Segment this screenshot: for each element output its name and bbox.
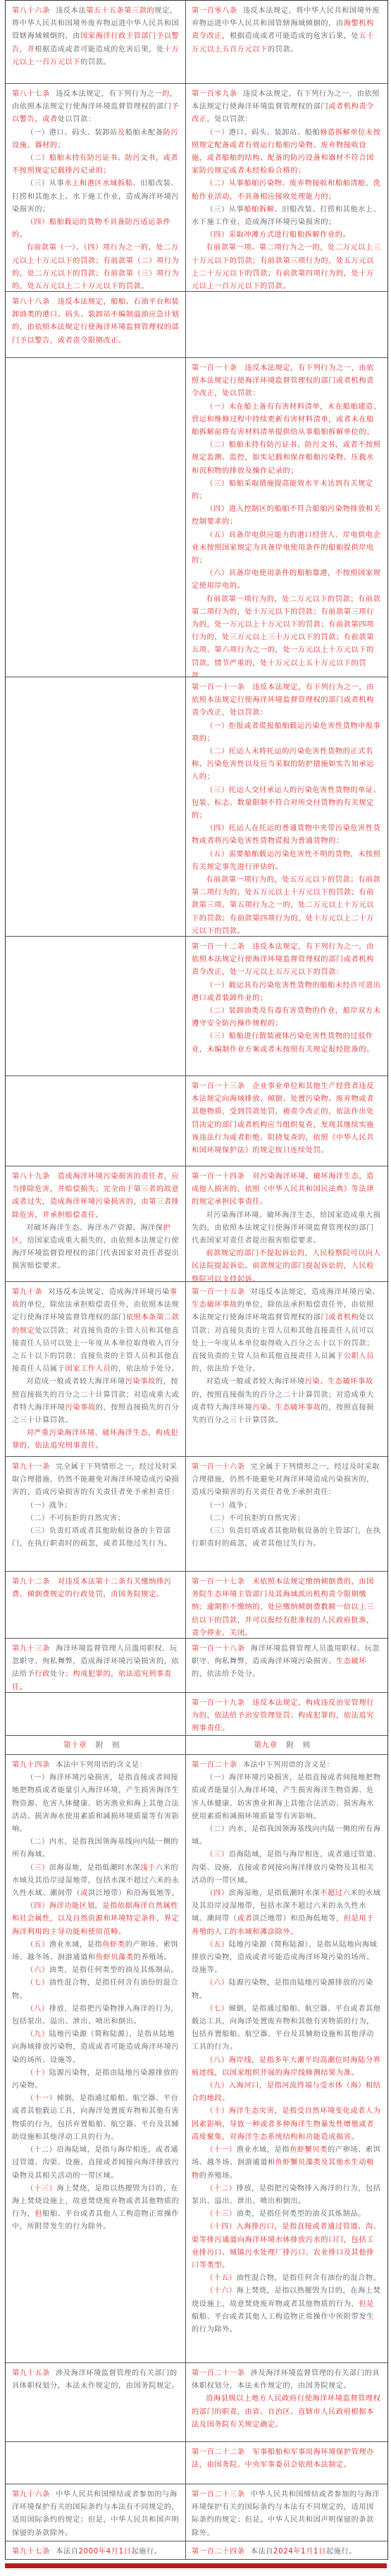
unchanged-text: 滨海湿地，是指低潮时水深 (49, 1864, 140, 1872)
chapter-number: 第十章 (63, 1741, 87, 1749)
unchanged-text: 违反本法规定，有下列行为之一 (56, 90, 162, 98)
clause-paragraph: 第九十三条海洋环境监督管理人员滥用职权、玩忽职守、徇私舞弊，造成海洋环境污染损害… (12, 1643, 180, 1692)
clause-paragraph: （一）港口、码头、装卸站及船舶未配备防污设施、器材的； (12, 127, 180, 152)
unchanged-text: （二）不可抗拒的自然灾害； (26, 1515, 125, 1522)
article-number: 第一百二十三条 (192, 2491, 245, 2498)
clause-paragraph: （四）托运人在托运的普通货物中夹带污染危害性货物或者将污染危害性货物谎报为普通货… (192, 822, 381, 848)
amended-text: （三）托运人交付承运人的污染危害性货物的单证、包装、标志、数量限制不符合对所交付… (192, 787, 381, 820)
cell-new-text: 第一百二十四条本法自2024年1月1日起施行。 (186, 2541, 387, 2559)
article-number: 第九十一条 (12, 1463, 50, 1471)
table-row: 第九十一条完全属于下列情形之一，经过及时采取合理措施，仍然不能避免对海洋环境造成… (6, 1457, 387, 1572)
chapter-header-row: 第十章附则 第九章附则 (6, 1736, 387, 1755)
clause-paragraph: 对造成一般或者较大海洋环境污染事故的，按照直接损失的百分之二十计算罚款；对造成重… (12, 1376, 180, 1427)
clause-paragraph: （三）滨海湿地，是指低潮时水深浅于六米的水域及其沿岸浸湿地带，包括水深不超过六米… (12, 1862, 180, 1901)
unchanged-text: 本法中下列用语的含义是： (243, 1761, 334, 1769)
amended-text: （十一） (26, 2095, 56, 2102)
cell-new-text: 第一百二十三条中华人民共和国缔结或者参加的与海洋环境保护有关的国际条约与本法有不… (186, 2484, 387, 2541)
clause-paragraph: （三）船舶采取措施提高能效水平未达到有关规定的； (192, 478, 381, 503)
clause-paragraph: （六）油类，是指任何类型的油及其炼制品。 (12, 1964, 180, 1977)
amended-text: 鱼虾贝藻类 (96, 1954, 134, 1961)
cell-old-text: 第九十四条本法中下列用语的含义是：（一）海洋环境污染损害，是指直接或者间接地把物… (6, 1755, 186, 2362)
cell-old-text: 第八十七条违反本法规定，有下列行为之一的，由依照本法规定行使海洋环境监督管理权的… (6, 84, 186, 291)
unchanged-text: ，处以罚款： (207, 116, 253, 123)
amended-text: （一）载运具有污染危害性货物的船舶未经许可进出港口或者装卸作业的； (192, 982, 381, 1002)
amended-text: 有前款第一项行为的，处五万元以下的罚款；有前款第二项行为的，处五万元以上十万元以… (192, 876, 381, 935)
cell-old-text: 第九十一条完全属于下列情形之一，经过及时采取合理措施，仍然不能避免对海洋环境造成… (6, 1457, 186, 1571)
clause-paragraph: （六）具备岸电使用条件的船舶靠港，不按照国家规定使用岸电的。 (192, 567, 381, 593)
amended-text: （十一） (206, 2146, 236, 2154)
cell-old-text (6, 937, 186, 1076)
amended-text: 第一百一十七条 未依照本法规定缴纳倾倒费的，由国务院生态环境主管部门及其海域派出… (192, 1578, 374, 1637)
clause-paragraph: （八）海岸线，是指多年大潮平均高潮位时海陆分界痕迹线，以国家组织开展的海岸线修测… (192, 2054, 381, 2080)
amended-text: （十五） (206, 2274, 236, 2282)
clause-paragraph: （五）陆地污染源（简称陆源），是指从陆地向海域排放污染物，造成或者可能造成海洋环… (192, 1939, 381, 1978)
clause-paragraph: （二）内水，是指我国领海基线向内陆一侧的所有海域。 (192, 1823, 381, 1849)
clause-paragraph: 第九十条对违反本法规定，造成海洋环境污染事故的单位，除依法承担赔偿责任外，由依照… (12, 1286, 180, 1376)
cell-new-text: 第一百零八条违反本法规定，将中华人民共和国境外废弃物运进中华人民共和国管辖海域倾… (186, 1, 387, 83)
amended-text: 第九十二条 对违反本法第十二条有关缴纳排污费、倾倒费规定的行政处罚，由国务院规定… (12, 1578, 172, 1598)
clause-paragraph: （十）海洋生态灾害，是指受自然环境变化或者人为因素影响，导致一种或者多种海洋生物… (192, 2105, 381, 2144)
unchanged-text: 洪泛地带）和沿海低地等 (252, 1915, 336, 1923)
clause-paragraph: （十六）海上焚烧，是指以热摧毁为目的，在海上焚烧设施上，故意焚烧废弃物或者其他物… (192, 2285, 381, 2336)
article-number: 第一百一十六条 (192, 1463, 245, 1471)
clause-paragraph: （四）船舶载运的货物不具备防污适运条件的。 (12, 216, 180, 242)
unchanged-text: （十二）沿海陆域，是指与海岸相连，或者通过管道、沟渠、设施，直接或者间接向海洋排… (12, 2146, 179, 2179)
unchanged-text: （三）负责灯塔或者其他助航设备的主管部门，在执行职责时的疏忽，或者其他过失行为。 (12, 1527, 172, 1548)
amended-text: （四）海洋功能区划，是指依据海洋自然属性和社会属性，以及自然资源和环境特定条件，… (12, 1902, 179, 1935)
unchanged-text: （三）从事 (26, 180, 64, 187)
amended-text: 第一百一十九条 违反本法规定，构成违反治安管理行为的，依法给予治安管理处罚；构成… (192, 1699, 374, 1732)
cell-old-text: 第九十六条中华人民共和国缔结或者参加的与海洋环境保护有关的国际条约与本法有不同规… (6, 2484, 186, 2541)
unchanged-text: 对破坏海洋生态、海洋水产资源、海洋保 (26, 1224, 163, 1232)
amended-text: （十四）入海排污口，是指直接或者通过管道、沟、渠等排污通道向海洋环境水体排放污水… (192, 2223, 381, 2269)
clause-paragraph: （三）负责灯塔或者其他助航设备的主管部门，在执行职责时的疏忽，或者其他过失行为。 (12, 1525, 180, 1551)
table-body-penalties: 第八十六条违反本法第五十五条第三款的规定，将中华人民共和国境外废弃物运进中华人民… (6, 1, 387, 1736)
amended-text: 行政 (35, 1670, 50, 1678)
article-number: 第一百一十五条 (192, 1288, 245, 1296)
amended-text: 生态破坏事故 (192, 1301, 237, 1309)
cell-old-text: 第九十五条涉及海洋环境监督管理的有关部门的具体职权划分，本法未作规定的，由国务院… (6, 2363, 186, 2441)
clause-paragraph: （五）具备岸电供应能力的港口经营人、岸电供电企业未按照国家规定为具备岸电使用条件… (192, 529, 381, 568)
unchanged-text: 处分 (50, 1670, 66, 1678)
amended-text: 门或者机构 (321, 1314, 359, 1321)
clause-paragraph: （四）采取冲滩方式进行船舶拆解作业的。 (192, 229, 381, 242)
amended-text: （一）未在船上备有有害材料清单，未在船舶建造、营运和维修过程中持续更新有害材料清… (192, 403, 381, 436)
clause-paragraph: 对严重污染海洋环境、破坏海洋生态，构成犯罪的，依法追究刑事责任。 (12, 1427, 180, 1453)
clause-paragraph: 对破坏海洋生态、海洋水产资源、海洋保护区，给国家造成重大损失的，由依照本法规定行… (12, 1222, 180, 1274)
clause-paragraph: 对造成一般或者较大海洋环境污染、生态破坏事故的，按照直接损失的百分之二十计算罚款… (192, 1376, 381, 1427)
clause-paragraph: （二）内水，是指我国领海基线向内陆一侧的所有海域。 (12, 1836, 180, 1861)
unchanged-text: 的罚款。 (80, 58, 111, 66)
amended-text: 污染、生态破坏事故 (305, 1378, 373, 1386)
amended-text: （二）装卸油类及有毒有害货物的作业，船岸双方未遵守安全防污操作规程的； (192, 1007, 381, 1028)
amended-text: 或 (80, 1890, 88, 1897)
clause-paragraph: （二）从事船舶污染物、废弃物接收和船舶清舱、洗舱作业活动，不具备相应接收处理能力… (192, 178, 381, 203)
amended-text: （二）托运人未将托运的污染危害性货物的正式名称、污染危害性以及应当采取的防护措施… (192, 748, 374, 781)
amended-text: （四）船舶载运的货物不具备防污适运条件的。 (12, 218, 170, 239)
table-row: 第一百一十二条 违反本法规定，有下列行为之一，由依照本法规定行使海洋环境监督管理… (6, 937, 387, 1076)
unchanged-text: （三）负责灯塔或者其他助航设备的主管部门，在执行职责时的疏忽，或者其他过失行为。 (192, 1527, 381, 1548)
cell-new-text: 第一百一十条 违反本法规定，有下列行为之一，由依照本法规定行使海洋环境监督管理权… (186, 358, 387, 677)
clause-paragraph: 第九十六条中华人民共和国缔结或者参加的与海洋环境保护有关的国际条约与本法有不同规… (12, 2489, 180, 2540)
article-number: 第九十三条 (12, 1645, 50, 1653)
amended-text: 有前款第一项、第二项行为之一的，处二万元以上三十万元以下的罚款；有前款第三项行为… (192, 244, 381, 290)
clause-paragraph: 沿海县级以上地方人民政府行使海洋环境监督管理权的部门的职责，由省、自治区、直辖市… (192, 2393, 381, 2432)
amended-text: 第五十五条第三款的 (86, 7, 154, 15)
cell-new-text: 第一百一十四条 对污染海洋环境、破坏海洋生态，造成他人损害的，依照《中华人民共和… (186, 1166, 387, 1281)
table-row: 第八十七条违反本法规定，有下列行为之一的，由依照本法规定行使海洋环境监督管理权的… (6, 84, 387, 292)
unchanged-text: ，根据造成或者可能造成的危害后果，处 (222, 32, 359, 40)
table-row: 第一百一十一条 违反本法规定，有下列行为之一，由依照本法规定行使海洋环境监督管理… (6, 677, 387, 937)
clause-paragraph: （五）渔业水域，是指鱼虾类的产卵场、索饵场、越冬场、洄游通道和鱼虾贝藻类的养殖场… (12, 1939, 180, 1964)
amended-text: 船舶拆解 (244, 206, 274, 214)
clause-paragraph: 第一百一十三条 企业事业单位和其他生产经营者违反本法规定向海域排放、倾倒、处置污… (192, 1080, 381, 1157)
table-row: 第九十六条中华人民共和国缔结或者参加的与海洋环境保护有关的国际条约与本法有不同规… (6, 2484, 387, 2541)
cell-new-text (186, 292, 387, 357)
cell-new-text: 第一百二十二条 军事船舶和军事用海环境保护管理办法，由国务院、中央军事委员会依照… (186, 2442, 387, 2484)
clause-paragraph: 第一百二十三条中华人民共和国缔结或者参加的与海洋环境保护有关的国际条约与本法有不… (192, 2489, 381, 2540)
chapter-heading-new: 第九章附则 (186, 1736, 387, 1754)
amended-text: （十六） (206, 2287, 236, 2295)
unchanged-text: （一）港口、码头、装卸站 (26, 129, 117, 137)
unchanged-text: 渔业水域，是指 (49, 1941, 103, 1949)
amended-text: 污染事故 (66, 1404, 96, 1412)
table-row: 第九十五条涉及海洋环境监督管理的有关部门的具体职权划分，本法未作规定的，由国务院… (6, 2363, 387, 2442)
unchanged-text: 油性混合物，是指任何含有油份的混合物。 (237, 2274, 381, 2282)
unchanged-text: （二）内水，是指我国领海基线向内陆一侧的所有海域。 (12, 1838, 178, 1859)
unchanged-text: （一）海洋环境污染损害，是指直接或者间接地把物质或者能量引入海洋环境，产生损害海… (192, 1774, 381, 1820)
clause-paragraph: 第一百一十四条 对污染海洋环境、破坏海洋生态，造成他人损害的，依照《中华人民共和… (192, 1171, 381, 1209)
cell-old-text: 第九十二条 对违反本法第十二条有关缴纳排污费、倾倒费规定的行政处罚，由国务院规定… (6, 1572, 186, 1638)
clause-paragraph: （七）油性混合物，是指任何含有油份的混合物。 (12, 1977, 180, 2002)
clause-paragraph: （十三）油类，是指任何类型的油及其炼制品。 (192, 2208, 381, 2221)
unchanged-text: 起施行。 (326, 2548, 356, 2556)
unchanged-text: 对造成一般或者较大海洋环境 (206, 1378, 304, 1386)
unchanged-text: 的养殖场。 (199, 2172, 237, 2180)
clause-paragraph: （二）船舶未持有防污证书、防污文书，或者不按照规定记载排污记录的； (12, 152, 180, 178)
amended-text: （六）具备岸电使用条件的船舶靠港，不按照国家规定使用岸电的。 (192, 569, 381, 590)
clause-paragraph: 第一百二十四条本法自2024年1月1日起施行。 (192, 2546, 381, 2558)
amended-text: （五）需要船舶载运污染危害性不明的货物，未按照有关规定事先进行评估的。 (192, 851, 381, 871)
amended-text: 2000年4月1日 (78, 2548, 131, 2556)
amended-text: （三） (26, 1864, 49, 1872)
unchanged-text: 船舶、平台或者其他人工构造物正常操作中所附带发生的行为除外。 (192, 2313, 374, 2334)
amended-text: （三）船舶进行散装液体污染危害性货物的过驳作业，未编制作业方案或者未按照有关规定… (192, 1033, 374, 1053)
unchanged-text: 所附带发生的行为除外。 (27, 2223, 111, 2231)
amended-text: （九） (26, 2030, 49, 2038)
amended-text: 有前款第一项行为的，处二万元以下的罚款；有前款第二项行为的，处十万元以下的罚款；… (192, 596, 381, 677)
cell-new-text: 第一百一十八条海洋环境监督管理人员滥用职权、玩忽职守、徇私舞弊，造成海洋环境污染… (186, 1639, 387, 1692)
clause-paragraph: 第一百一十条 违反本法规定，有下列行为之一，由依照本法规定行使海洋环境监督管理权… (192, 362, 381, 401)
unchanged-text: 的罚款。 (268, 46, 298, 54)
amended-text: （三）船舶采取措施提高能效水平未达到有关规定的； (192, 480, 373, 500)
clause-paragraph: 第八十六条违反本法第五十五条第三款的规定，将中华人民共和国境外废弃物运进中华人民… (12, 5, 180, 69)
law-comparison-table: 第八十六条违反本法第五十五条第三款的规定，将中华人民共和国境外废弃物运进中华人民… (5, 0, 388, 2560)
article-number: 第一百零八条 (192, 7, 237, 15)
article-number: 第八十七条 (12, 90, 50, 98)
clause-paragraph: （十）陆源污染物，是指由陆地污染源排放的污染物。 (12, 2067, 180, 2093)
amended-text: （九）入海河口，是指河流终端与受水体（海）相结合的地段。 (192, 2082, 381, 2102)
amended-text: （五） (206, 1941, 228, 1949)
amended-text: 污染事故 (125, 1378, 156, 1386)
article-number: 第一百二十四条 (192, 2548, 245, 2556)
clause-paragraph: （一）战争； (192, 1500, 381, 1512)
clause-paragraph: 第八十七条违反本法规定，有下列行为之一的，由依照本法规定行使海洋环境监督管理权的… (12, 88, 180, 127)
clause-paragraph: 第九十一条完全属于下列情形之一，经过及时采取合理措施，仍然不能避免对海洋环境造成… (12, 1461, 180, 1500)
cell-old-text: 第九十条对违反本法规定，造成海洋环境污染事故的单位，除依法承担赔偿责任外，由依照… (6, 1282, 186, 1456)
clause-paragraph: 第八十八条 违反本法规定，船舶、石油平台和装卸油类的港口、码头、装卸站不编制溢油… (12, 296, 180, 347)
clause-paragraph: （六）陆源污染物，是指由陆地污染源排放的污染物。 (192, 1977, 381, 2002)
amended-text: （四）进入控制区的船舶不符合船舶污染物排放相关控制要求的； (192, 505, 381, 526)
unchanged-text: 油类，是指任何类型的油及其炼制品。 (237, 2210, 366, 2218)
clause-paragraph: （四）进入控制区的船舶不符合船舶污染物排放相关控制要求的； (192, 503, 381, 529)
clause-paragraph: （四）滨海湿地，是指低潮时水深不超过六米的水域及其沿岸浸湿地带，包括水深不超过六… (192, 1887, 381, 1939)
unchanged-text: 处以罚款： (58, 116, 96, 123)
clause-paragraph: （三）从事水上和港区水域拆船、旧船改装、打捞和其他水上、水下施工作业，造成海洋环… (12, 178, 180, 216)
amended-text: （十三） (26, 2185, 56, 2193)
clause-paragraph: 有前款第（一）、（四）项行为之一的，处二万元以上十万元以下的罚款；有前款第（二）… (12, 242, 180, 291)
unchanged-text: 本法自 (251, 2548, 273, 2556)
amended-text: （三） (206, 1851, 228, 1859)
clause-paragraph: （一）载运具有污染危害性货物的船舶未经许可进出港口或者装卸作业的； (192, 980, 381, 1005)
clause-paragraph: 第一百一十九条 违反本法规定，构成违反治安管理行为的，依法给予治安管理处罚；构成… (192, 1697, 381, 1735)
clause-paragraph: （七）倾倒，是指通过船舶、航空器、平台或者其他载运工具，向海洋处置废弃物和其他有… (192, 2003, 381, 2054)
clause-paragraph: 有前款第一项行为的，处二万元以下的罚款；有前款第二项行为的，处十万元以下的罚款；… (192, 593, 381, 677)
clause-paragraph: （九）入海河口，是指河流终端与受水体（海）相结合的地段。 (192, 2080, 381, 2105)
cell-old-text (6, 677, 186, 936)
cell-new-text: 第一百一十五条对违反本法规定，造成海洋环境污染、生态破坏事故的单位，除依法承担赔… (186, 1282, 387, 1456)
amended-text: （六） (206, 1979, 228, 1987)
clause-paragraph: 第一百一十八条海洋环境监督管理人员滥用职权、玩忽职守、徇私舞弊，造成海洋环境污染… (192, 1643, 381, 1682)
article-number: 第九十七条 (12, 2548, 50, 2556)
table-body-supplementary: 第九十四条本法中下列用语的含义是：（一）海洋环境污染损害，是指直接或者间接地把物… (6, 1755, 387, 2560)
clause-paragraph: （一）港口、码头、装卸站、船舶修造拆解单位未按照规定配备或者有效运行船舶污染物、… (192, 127, 381, 178)
amended-text: （五）具备岸电供应能力的港口经营人、岸电供电企业未按照国家规定为具备岸电使用条件… (192, 531, 381, 565)
amended-text: （七） (26, 1979, 49, 1987)
clause-paragraph: 有前款第一项行为的，处五万元以下的罚款；有前款第二项行为的，处五万元以上十万元以… (192, 874, 381, 936)
clause-paragraph: 第一百零八条违反本法规定，将中华人民共和国境外废弃物运进中华人民共和国管辖海域倾… (192, 5, 381, 56)
amended-text: 国家工作人员 (66, 1365, 111, 1373)
clause-paragraph: 对污染海洋环境、破坏海洋生态，给国家造成重大损失的，由依照本法规定行使海洋环境监… (192, 1209, 381, 1248)
clause-paragraph: （三）从事船舶拆解、旧船改装、打捞和其他水上、水下施工作业，造成海洋环境污染损害… (192, 204, 381, 229)
unchanged-text: 对造成一般或者较大海洋环境 (26, 1378, 125, 1386)
unchanged-text: （二）不可抗拒的自然灾害； (206, 1515, 304, 1522)
chapter-heading-old: 第十章附则 (6, 1736, 186, 1754)
amended-text: 前款规定的部门不提起诉讼的，人民检察院可以向人民法院提起诉讼。前款规定的部门提起… (192, 1250, 381, 1281)
unchanged-text: （二）内水，是指我国领海基线向内陆一侧的所有海域。 (192, 1825, 381, 1846)
amended-text: （八）海岸线，是指多年大潮平均高潮位时海陆分界痕迹线，以国家组织开展的海岸线修测… (192, 2057, 381, 2077)
clause-paragraph: 第八十九条 造成海洋环境污染损害的责任者，应当排除危害，并赔偿损失；完全由于第三… (12, 1171, 180, 1222)
clause-paragraph: 有前款第一项、第二项行为之一的，处二万元以上三十万元以下的罚款；有前款第三项行为… (192, 242, 381, 291)
table-row: 第九十三条海洋环境监督管理人员滥用职权、玩忽职守、徇私舞弊，造成海洋环境污染损害… (6, 1639, 387, 1693)
amended-text: （十）海洋生态灾害，是指受自然环境变化或者人为因素影响，导致一种或者多种海洋生物… (192, 2107, 381, 2140)
unchanged-text: 洪泛地带）和沿海低地等。 (88, 1890, 179, 1897)
clause-paragraph: 第一百零九条违反本法规定，有下列行为之一，由依照本法规定行使海洋环境监督管理权的… (192, 88, 381, 127)
amended-text: 第八十八条 违反本法规定，船舶、石油平台和装卸油类的港口、码头、装卸站不编制溢油… (12, 298, 179, 345)
clause-paragraph: （二）不可抗拒的自然灾害； (192, 1512, 381, 1525)
clause-paragraph: （五）需要船舶载运污染危害性不明的货物，未按照有关规定事先进行评估的。 (192, 849, 381, 874)
amended-text: 第一百一十一条 违反本法规定，有下列行为之一，由依照本法规定行使海洋环境监督管理… (192, 684, 374, 717)
clause-paragraph: （一）海洋环境污染损害，是指直接或者间接地把物质或者能量引入海洋环境，产生损害海… (12, 1772, 180, 1836)
chapter-number: 第九章 (254, 1741, 277, 1749)
cell-new-text: 第一百一十六条完全属于下列情形之一，经过及时采取合理措施，仍然不能避免对海洋环境… (186, 1457, 387, 1571)
table-row: 第九十二条 对违反本法第十二条有关缴纳排污费、倾倒费规定的行政处罚，由国务院规定… (6, 1572, 387, 1639)
unchanged-text: 的养殖场。 (134, 1954, 172, 1961)
table-row: 第九十四条本法中下列用语的含义是：（一）海洋环境污染损害，是指直接或者间接地把物… (6, 1755, 387, 2363)
amended-text: 2024年1月1日 (273, 2548, 326, 2556)
amended-text: （四） (206, 1890, 228, 1897)
amended-text: （二）船舶未持有防污证书、防污文书，或者不按照规定记载排污记录的； (12, 154, 178, 175)
amended-text: 第一百一十条 违反本法规定，有下列行为之一，由依照本法规定行使海洋环境监督管理权… (192, 364, 374, 398)
amended-text: 第一百二十二条 军事船舶和军事用海环境保护管理办法，由国务院、中央军事委员会依照… (192, 2448, 374, 2469)
amended-text: 不超过 (320, 1890, 342, 1897)
clause-paragraph: （十二）排放，是指把污染物排入海洋的行为，包括泵出、溢出、泄出、喷出和倒出。 (192, 2183, 381, 2208)
clause-paragraph: （四）海洋功能区划，是指依据海洋自然属性和社会属性，以及自然资源和环境特定条件，… (12, 1900, 180, 1939)
amended-text: （二）船舶未持有防污证书、防污文书，或者不按照规定监测、监控，如实记载和保存船舶… (192, 441, 381, 474)
unchanged-text: （一）海洋环境污染损害，是指直接或者间接地把物质或者能量引入海洋环境，产生损害海… (12, 1774, 179, 1833)
clause-paragraph: （十二）沿海陆域，是指与海岸相连，或者通过管道、沟渠、设施，直接或者间接向海洋排… (12, 2144, 180, 2183)
cell-old-text (6, 1693, 186, 1735)
amended-text: 或者 (237, 1915, 253, 1923)
clause-paragraph: （一）海洋环境污染损害，是指直接或者间接地把物质或者能量引入海洋环境，产生损害海… (192, 1772, 381, 1823)
article-number: 第九十条 (12, 1288, 42, 1296)
unchanged-text: 滨海湿地，是指低潮时水深 (229, 1890, 320, 1897)
amended-text: 第一百一十二条 违反本法规定，有下列行为之一，由依照本法规定行使海洋环境监督管理… (192, 943, 374, 976)
unchanged-text: 油类，是指任何类型的油及其炼制品。 (49, 1966, 178, 1974)
amended-text: 公职人员 (344, 1352, 374, 1360)
amended-text: 但 (35, 2210, 42, 2218)
clause-paragraph: （八）排放，是指把污染物排入海洋的行为，包括泵出、溢出、泄出、喷出和倒出。 (12, 2003, 180, 2028)
clause-paragraph: 第九十四条本法中下列用语的含义是： (12, 1759, 180, 1772)
clause-paragraph: 第一百二十一条涉及海洋环境监督管理的有关部门的具体职权划分，本法未作规定的，由国… (192, 2367, 381, 2393)
clause-paragraph: 第一百二十条本法中下列用语的含义是： (192, 1759, 381, 1772)
clause-paragraph: 前款规定的部门不提起诉讼的，人民检察院可以向人民法院提起诉讼。前款规定的部门提起… (192, 1247, 381, 1281)
amended-text: （七） (206, 2005, 228, 2013)
clause-paragraph: （二）船舶未持有防污证书、防污文书，或者不按照规定监测、监控，如实记载和保存船舶… (192, 439, 381, 478)
clause-paragraph: （一）战争； (12, 1500, 180, 1512)
amended-text: 第八十九条 造成海洋环境污染损害的责任者，应当排除危害，并赔偿损失；完全由于第三… (12, 1173, 179, 1219)
amended-text: 鱼虾类 (102, 1941, 125, 1949)
clause-paragraph: （一）未在船上备有有害材料清单，未在船舶建造、营运和维修过程中持续更新有害材料清… (192, 401, 381, 440)
amended-text: 水上和港区水域拆船 (64, 180, 132, 187)
amended-text: 及 (118, 129, 125, 137)
clause-paragraph: （二）不可抗拒的自然灾害； (12, 1512, 180, 1525)
clause-paragraph: 第一百一十六条完全属于下列情形之一，经过及时采取合理措施，仍然不能避免对海洋环境… (192, 1461, 381, 1500)
unchanged-text: 对违反本法规定，造成海洋环境污 (48, 1288, 162, 1296)
unchanged-text: 船舶未配备 (125, 129, 163, 137)
amended-text: 鱼虾蟹贝类 (290, 2146, 328, 2154)
unchanged-text: 根据造成或者可能造成的危害后果，处 (35, 46, 163, 54)
amended-text: 污染、生态破坏事故 (252, 1404, 321, 1412)
amended-text: （六） (26, 1966, 49, 1974)
article-number: 第九十六条 (12, 2491, 50, 2498)
cell-new-text: 第一百一十七条 未依照本法规定缴纳倾倒费的，由国务院生态环境主管部门及其海域派出… (186, 1572, 387, 1638)
cell-old-text: 第八十九条 造成海洋环境污染损害的责任者，应当排除危害，并赔偿损失；完全由于第三… (6, 1166, 186, 1281)
clause-paragraph: 第一百二十二条 军事船舶和军事用海环境保护管理办法，由国务院、中央军事委员会依照… (192, 2446, 381, 2472)
unchanged-text: （一）港口、码头、装卸站、船舶 (206, 129, 320, 137)
clause-paragraph: （十四）入海排污口，是指直接或者通过管道、沟、渠等排污通道向海洋环境水体排放污水… (192, 2221, 381, 2272)
clause-paragraph: （十三）海上焚烧，是指以热摧毁为目的，在海上焚烧设施上，故意焚烧废弃物或者其他物… (12, 2183, 180, 2234)
table-row: 第一百一十三条 企业事业单位和其他生产经营者违反本法规定向海域排放、倾倒、处置污… (6, 1076, 387, 1166)
cell-old-text: 第八十八条 违反本法规定，船舶、石油平台和装卸油类的港口、码头、装卸站不编制溢油… (6, 292, 186, 357)
amended-text: （十二） (206, 2185, 236, 2193)
unchanged-text: 的，依法给予处分。 (192, 1365, 260, 1373)
article-number: 第一百零九条 (192, 90, 237, 98)
clause-paragraph: （十一）倾倒，是指通过船舶、航空器、平台或者其他载运工具，向海洋处置废弃物和其他… (12, 2093, 180, 2144)
clause-paragraph: 第九十五条涉及海洋环境监督管理的有关部门的具体职权划分，本法未作规定的，由国务院… (12, 2367, 180, 2393)
unchanged-text: （一）战争； (206, 1502, 252, 1510)
cell-old-text: 第九十七条本法自2000年4月1日起施行。 (6, 2541, 186, 2559)
clause-paragraph: （三）船舶进行散装液体污染危害性货物的过驳作业，未编制作业方案或者未按照有关规定… (192, 1030, 381, 1056)
clause-paragraph: （二）装卸油类及有毒有害货物的作业，船岸双方未遵守安全防污操作规程的； (192, 1005, 381, 1030)
article-number: 第八十六条 (12, 7, 50, 15)
amended-text: （四）采取冲滩方式进行船舶拆解作业的。 (206, 231, 350, 239)
unchanged-text: （三）从事 (206, 206, 244, 214)
amended-text: （一）拒报或者谎报船舶载运污染危害性货物申报事项的； (192, 722, 381, 743)
amended-text: （二）从事船舶污染物、废弃物接收和船舶清舱、洗舱作业活动，不具备相应接收处理能力… (192, 180, 381, 200)
unchanged-text: （一）战争； (26, 1502, 72, 1510)
clause-paragraph: （一）拒报或者谎报船舶载运污染危害性货物申报事项的； (192, 720, 381, 746)
cell-new-text: 第一百一十一条 违反本法规定，有下列行为之一，由依照本法规定行使海洋环境监督管理… (186, 677, 387, 936)
amended-text: 但是 (359, 2300, 374, 2308)
unchanged-text: 本法中下列用语的含义是： (56, 1761, 147, 1769)
article-number: 第一百二十一条 (192, 2369, 245, 2377)
amended-text: ， (20, 2223, 27, 2231)
cell-new-text: 第一百一十九条 违反本法规定，构成违反治安管理行为的，依法给予治安管理处罚；构成… (186, 1693, 387, 1735)
amended-text: 浅于 (140, 1864, 156, 1872)
article-number: 第一百二十条 (192, 1761, 237, 1769)
cell-new-text: 第一百一十二条 违反本法规定，有下列行为之一，由依照本法规定行使海洋环境监督管理… (186, 937, 387, 1076)
footer-divider-bar (5, 2563, 387, 2568)
unchanged-text: ，给国家造成重大损失的，由依照本法规定行使海洋环境监督管理权的部门代表国家对责任… (12, 1237, 179, 1270)
clause-paragraph: 第一百一十五条对违反本法规定，造成海洋环境污染、生态破坏事故的单位，除依法承担赔… (192, 1286, 381, 1376)
article-number: 第九十四条 (12, 1761, 50, 1769)
amended-text: 第一百一十三条 企业事业单位和其他生产经营者违反本法规定向海域排放、倾倒、处置污… (192, 1083, 374, 1154)
cell-old-text: 第九十三条海洋环境监督管理人员滥用职权、玩忽职守、徇私舞弊，造成海洋环境污染损害… (6, 1639, 186, 1692)
clause-paragraph: 第一百一十七条 未依照本法规定缴纳倾倒费的，由国务院生态环境主管部门及其海域派出… (192, 1576, 381, 1638)
amended-text: （十三） (206, 2210, 236, 2218)
clause-paragraph: 第九十二条 对违反本法第十二条有关缴纳排污费、倾倒费规定的行政处罚，由国务院规定… (12, 1576, 180, 1601)
table-row: 第八十六条违反本法第五十五条第三款的规定，将中华人民共和国境外废弃物运进中华人民… (6, 1, 387, 84)
unchanged-text: 渔业水域，是指 (237, 2146, 290, 2154)
clause-paragraph: （十一）渔业水域，是指鱼虾蟹贝类的产卵场、索饵场、越冬场、洄游通道和鱼虾蟹贝藻类… (192, 2144, 381, 2183)
cell-new-text: 第一百零九条违反本法规定，有下列行为之一，由依照本法规定行使海洋环境监督管理权的… (186, 84, 387, 291)
clause-paragraph: （三）负责灯塔或者其他助航设备的主管部门，在执行职责时的疏忽，或者其他过失行为。 (192, 1525, 381, 1551)
amended-text: 生态破坏 (336, 1658, 366, 1665)
table-row: 第八十九条 造成海洋环境污染损害的责任者，应当排除危害，并赔偿损失；完全由于第三… (6, 1166, 387, 1282)
clause-paragraph: （三）托运人交付承运人的污染危害性货物的单证、包装、标志、数量限制不符合对所交付… (192, 784, 381, 823)
amended-text: 的 (162, 90, 170, 98)
cell-new-text: 第一百二十条本法中下列用语的含义是：（一）海洋环境污染损害，是指直接或者间接地把… (186, 1755, 387, 2362)
clause-paragraph: 第一百一十一条 违反本法规定，有下列行为之一，由依照本法规定行使海洋环境监督管理… (192, 682, 381, 720)
unchanged-text: 起施行。 (131, 2548, 161, 2556)
unchanged-text: 的，依法给予处分。 (111, 1365, 179, 1373)
amended-text: （十） (26, 2069, 49, 2077)
cell-old-text (6, 1076, 186, 1166)
table-row: 第一百一十九条 违反本法规定，构成违反治安管理行为的，依法给予治安管理处罚；构成… (6, 1693, 387, 1736)
table-row: 第九十条对违反本法规定，造成海洋环境污染事故的单位，除依法承担赔偿责任外，由依照… (6, 1282, 387, 1457)
clause-paragraph: （二）托运人未将托运的污染危害性货物的正式名称、污染危害性以及应当采取的防护措施… (192, 746, 381, 784)
amended-text: 对严重污染海洋环境、破坏海洋生态，构成犯罪的，依法追究刑事责任。 (12, 1429, 178, 1450)
clause-paragraph: 第一百一十二条 违反本法规定，有下列行为之一，由依照本法规定行使海洋环境监督管理… (192, 941, 381, 980)
clause-paragraph: （九）陆地污染源（简称陆源），是指从陆地向海域排放污染物，造成或者可能造成海洋环… (12, 2028, 180, 2067)
unchanged-text: 对违反本法规定，造成海洋环境污染、 (251, 1288, 380, 1296)
cell-old-text (6, 2442, 186, 2484)
clause-paragraph: （十五）油性混合物，是指任何含有油份的混合物。 (192, 2272, 381, 2285)
cell-new-text: 第一百一十三条 企业事业单位和其他生产经营者违反本法规定向海域排放、倾倒、处置污… (186, 1076, 387, 1166)
amended-text: 有前款第（一）、（四）项行为之一的，处二万元以上十万元以下的罚款；有前款第（二）… (12, 244, 179, 290)
article-number: 第一百一十八条 (192, 1645, 245, 1653)
